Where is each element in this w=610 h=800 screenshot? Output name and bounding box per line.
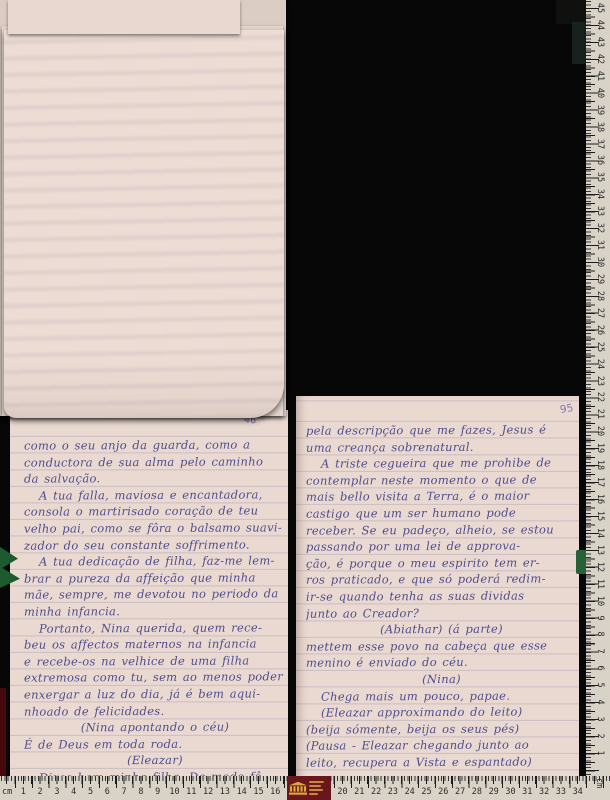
handwriting-line: castigo que um ser humano pode [306,504,577,522]
handwriting-line: passando por uma lei de approva- [306,537,577,555]
ruler-label: 10 [592,593,608,609]
ruler-label: 13 [592,542,608,558]
ruler-label: 4 [66,787,82,797]
ruler-label: 37 [592,136,608,152]
ruler-label: 30 [503,787,519,797]
handwriting-line: ros praticado, e que só poderá redim- [306,571,577,589]
manuscript-page-right: 95 pela descripção que me fazes, Jesus é… [296,396,579,782]
archive-stamp [287,776,331,800]
ruler-label: 27 [592,305,608,321]
handwriting-right: pela descripção que me fazes, Jesus éuma… [306,422,577,770]
handwriting-line: uma creança sobrenatural. [306,438,577,456]
ruler-label: 34 [592,186,608,202]
ruler-label: 27 [452,787,468,797]
ruler-label: 16 [592,491,608,507]
handwriting-line: (Eleazar approximando do leito) [306,703,577,721]
ruler-label: 13 [217,787,233,797]
ruler-label: 23 [592,373,608,389]
ruler-label: 20 [335,787,351,797]
handwriting-line: A triste cegueira que me prohibe de [306,454,577,472]
ruler-label: 1 [15,787,31,797]
ruler-label: 6 [99,787,115,797]
cm-label-vertical: cm [594,778,604,788]
ruler-label: 15 [251,787,267,797]
handwriting-line: (Pausa - Eleazar chegando junto ao [306,737,577,755]
ruler-label: 43 [592,34,608,50]
ruler-label: 11 [183,787,199,797]
handwriting-line: A tua falla, maviosa e encantadora, [24,486,286,504]
handwriting-left: como o seu anjo da guarda, como aconduct… [24,437,286,785]
ruler-label: 24 [402,787,418,797]
handwriting-line: conductora de sua alma pelo caminho [24,453,286,471]
ruler-label: 32 [592,220,608,236]
handwriting-line: junto ao Creador? [306,604,577,622]
ruler-label: 38 [592,119,608,135]
ruler-label: 21 [592,406,608,422]
ink-bleedthrough [4,30,284,418]
ruler-label: 28 [592,288,608,304]
ruler-label: 3 [592,711,608,727]
ruler-label: 24 [592,356,608,372]
handwriting-line: (Nina) [306,670,577,688]
ruler-label: 29 [592,271,608,287]
ruler-label: 8 [133,787,149,797]
ruler-label: 23 [385,787,401,797]
ruler-label: 39 [592,102,608,118]
flipped-blank-page-left [4,30,284,418]
handwriting-line: enxergar a luz do dia, já é bem aqui- [24,685,286,703]
ruler-label: 20 [592,423,608,439]
ruler-label: 1 [592,745,608,761]
ruler-label: 15 [592,508,608,524]
ruler-label: 22 [368,787,384,797]
ruler-label: 2 [32,787,48,797]
handwriting-line: consola o martirisado coração de teu [24,503,286,521]
ruler-label: 29 [486,787,502,797]
ruler-label: 32 [536,787,552,797]
handwriting-line: contemplar neste momento o que de [306,471,577,489]
ruler-label: 4 [592,694,608,710]
handwriting-line: nhoado de felicidades. [24,702,286,720]
handwriting-line: (beija sómente, beija os seus pés) [306,720,577,738]
ruler-label: 9 [592,610,608,626]
handwriting-line: (Eleazar) [24,752,286,770]
handwriting-line: beu os affectos maternos na infancia [24,635,286,653]
handwriting-line: receber. Se eu padeço, alheio, se estou [306,521,577,539]
ruler-label: 35 [592,169,608,185]
ruler-label: 22 [592,389,608,405]
ruler-label: 28 [469,787,485,797]
page-stack-right [294,0,582,410]
ruler-label: 31 [519,787,535,797]
page-stack-left [0,0,288,418]
handwriting-line: ção, é porque o meu espirito tem er- [306,554,577,572]
ruler-label: 45 [592,0,608,16]
ruler-label: 42 [592,51,608,67]
ruler-label: 6 [592,660,608,676]
ruler-label: 21 [351,787,367,797]
handwriting-line: extremosa como tu, sem ao menos poder [24,669,286,687]
ruler-label: 10 [167,787,183,797]
ruler-label: 14 [592,525,608,541]
ruler-label: 8 [592,626,608,642]
handwriting-line: A tua dedicação de filha, faz-me lem- [24,552,286,570]
ruler-label: 7 [116,787,132,797]
handwriting-line: como o seu anjo da guarda, como a [24,436,286,454]
handwriting-line: da salvação. [24,470,286,488]
ruler-label: 19 [592,440,608,456]
vertical-ruler: 1234567891011121314151617181920212223242… [586,0,610,800]
manuscript-page-left: 46 como o seu anjo da guarda, como acond… [10,410,288,788]
ruler-label: 33 [592,203,608,219]
handwriting-line: Chega mais um pouco, papae. [306,687,577,705]
ruler-label: 25 [592,339,608,355]
handwriting-line: (Abiathar) (á parte) [306,620,577,638]
ruler-label: 40 [592,85,608,101]
ruler-label: 25 [419,787,435,797]
ruler-label: 16 [267,787,283,797]
ruler-label: 30 [592,254,608,270]
ruler-label: 33 [553,787,569,797]
handwriting-line: Portanto, Nina querida, quem rece- [24,619,286,637]
handwriting-line: minha infancia. [24,602,286,620]
binding-edge [0,688,6,776]
ruler-label: 3 [49,787,65,797]
handwriting-line: velho pai, como se fôra o balsamo suavi- [24,519,286,537]
handwriting-line: mais bello visita a Terra, é o maior [306,488,577,506]
ruler-label: 26 [592,322,608,338]
ruler-label: 9 [150,787,166,797]
handwriting-line: ir-se quando tenha as suas dividas [306,587,577,605]
ruler-label: 31 [592,237,608,253]
ruler-label: 34 [570,787,586,797]
cm-label-horizontal: cm [2,787,12,797]
handwriting-line: mãe, sempre, me devotou no periodo da [24,586,286,604]
ruler-label: 5 [592,677,608,693]
ruler-label: 2 [592,728,608,744]
ruler-label: 5 [83,787,99,797]
handwriting-line: leito, recupera a Vista e espantado) [306,753,577,771]
ruler-label: 14 [234,787,250,797]
ruler-label: 12 [200,787,216,797]
building-icon [289,781,307,796]
handwriting-line: zador do seu constante soffrimento. [24,536,286,554]
stamp-text-lines [309,781,324,795]
ruler-label: 18 [592,457,608,473]
ruler-label: 36 [592,152,608,168]
flipped-sheet-edge-left [8,0,240,34]
ruler-label: 41 [592,68,608,84]
ruler-label: 44 [592,17,608,33]
scanned-manuscript-spread: 46 como o seu anjo da guarda, como acond… [0,0,610,800]
ruler-label: 12 [592,559,608,575]
handwriting-line: e recebe-os na velhice de uma filha [24,652,286,670]
ruler-label: 17 [592,474,608,490]
handwriting-line: brar a pureza da affeição que minha [24,569,286,587]
handwriting-line: É de Deus em toda roda. [24,735,286,753]
handwriting-line: mettem esse povo na cabeça que esse [306,637,577,655]
ruler-label: 26 [435,787,451,797]
handwriting-line: menino é enviado do céu. [306,654,577,672]
ruler-label: 7 [592,643,608,659]
handwriting-line: (Nina apontando o céu) [24,718,286,736]
handwriting-line: pela descripção que me fazes, Jesus é [306,421,577,439]
ruler-label: 11 [592,576,608,592]
